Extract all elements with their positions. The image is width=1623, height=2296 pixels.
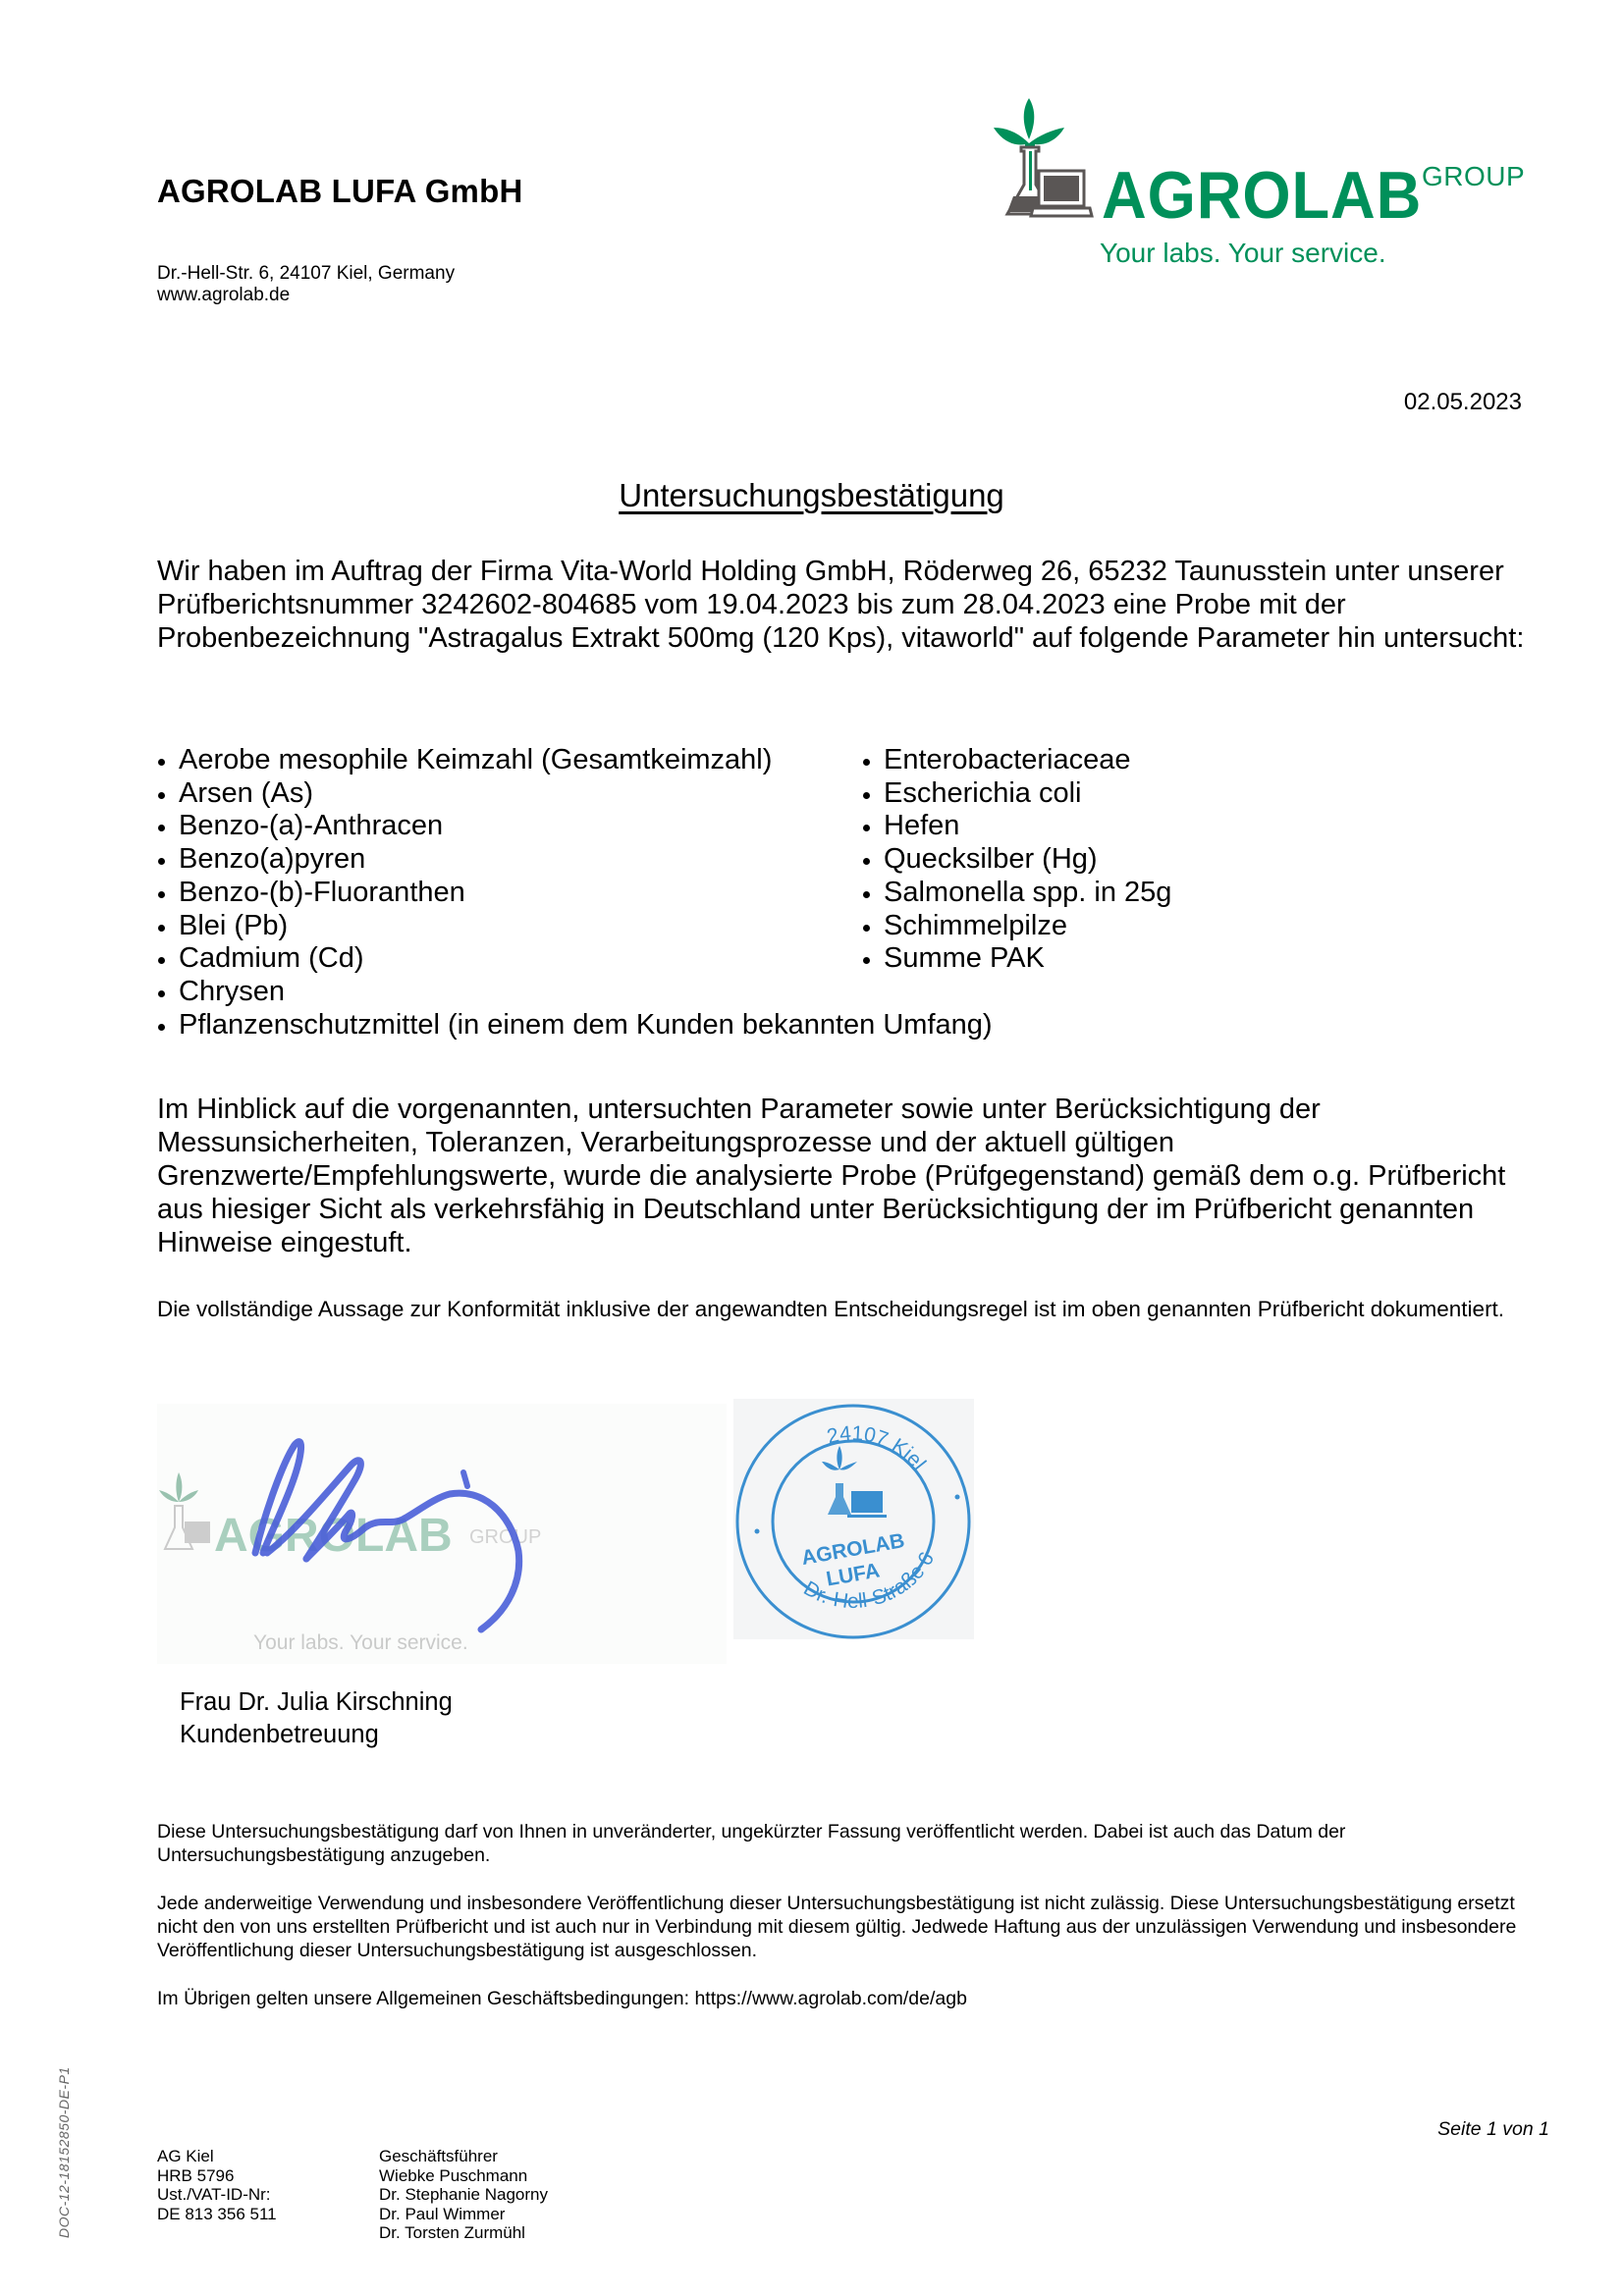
parameter-item: Salmonella spp. in 25g xyxy=(862,877,1171,910)
bullet-icon xyxy=(158,925,165,932)
plant-flask-laptop-icon xyxy=(992,86,1102,224)
signer-block: Frau Dr. Julia Kirschning Kundenbetreuun… xyxy=(180,1686,453,1751)
document-date: 02.05.2023 xyxy=(1404,389,1522,416)
company-name: AGROLAB LUFA GmbH xyxy=(157,173,523,210)
parameter-item: Hefen xyxy=(862,810,1171,843)
parameter-item: Benzo-(a)-Anthracen xyxy=(157,810,772,843)
bullet-icon xyxy=(158,990,165,997)
parameter-item: Chrysen xyxy=(157,976,772,1009)
conformity-note: Die vollständige Aussage zur Konformität… xyxy=(157,1296,1551,1323)
bullet-icon xyxy=(158,825,165,831)
document-title: Untersuchungsbestätigung xyxy=(0,477,1623,514)
document-title-text: Untersuchungsbestätigung xyxy=(619,477,1004,513)
footer-line: Geschäftsführer xyxy=(379,2147,548,2166)
parameter-item: Schimmelpilze xyxy=(862,910,1171,943)
parameter-item: Arsen (As) xyxy=(157,777,772,811)
logo-group-label: GROUP xyxy=(1422,161,1525,192)
intro-paragraph: Wir haben im Auftrag der Firma Vita-Worl… xyxy=(157,555,1532,655)
signer-name: Frau Dr. Julia Kirschning xyxy=(180,1686,453,1719)
parameter-item: Aerobe mesophile Keimzahl (Gesamtkeimzah… xyxy=(157,744,772,777)
bullet-icon xyxy=(863,825,870,831)
footer-line: Dr. Paul Wimmer xyxy=(379,2205,548,2224)
document-code: DOC-12-18152850-DE-P1 xyxy=(56,2066,72,2238)
parameter-item: Quecksilber (Hg) xyxy=(862,843,1171,877)
conclusion-paragraph: Im Hinblick auf die vorgenannten, unters… xyxy=(157,1093,1551,1259)
company-stamp: 24107 Kiel Dr.-Hell-Straße 6 AGROLAB LUF… xyxy=(733,1399,974,1639)
agrolab-group-logo: AGROLAB GROUP Your labs. Your service. xyxy=(992,86,1571,273)
bullet-icon xyxy=(158,957,165,964)
parameter-column-left: Aerobe mesophile Keimzahl (Gesamtkeimzah… xyxy=(157,744,772,1009)
footer-line: Wiebke Puschmann xyxy=(379,2166,548,2186)
parameter-item: Enterobacteriaceae xyxy=(862,744,1171,777)
footer-line: Dr. Torsten Zurmühl xyxy=(379,2223,548,2243)
svg-text:GROUP: GROUP xyxy=(469,1526,541,1548)
page-number: Seite 1 von 1 xyxy=(1437,2118,1549,2141)
signer-role: Kundenbetreuung xyxy=(180,1719,453,1751)
disclaimer: Diese Untersuchungsbestätigung darf von … xyxy=(157,1820,1551,2035)
bullet-icon xyxy=(158,792,165,799)
bullet-icon xyxy=(863,925,870,932)
bullet-icon xyxy=(158,891,165,898)
bullet-icon xyxy=(863,792,870,799)
signature-watermark-logo: AGROLAB GROUP Your labs. Your service. xyxy=(157,1404,727,1664)
logo-tagline: Your labs. Your service. xyxy=(1100,238,1386,269)
company-address: Dr.-Hell-Str. 6, 24107 Kiel, Germany www… xyxy=(157,263,455,306)
parameter-column-right: Enterobacteriaceae Escherichia coli Hefe… xyxy=(862,744,1171,976)
disclaimer-terms: Im Übrigen gelten unsere Allgemeinen Ges… xyxy=(157,1987,1551,2010)
stamp-graphic: 24107 Kiel Dr.-Hell-Straße 6 AGROLAB LUF… xyxy=(733,1399,974,1639)
bullet-icon xyxy=(863,957,870,964)
parameter-item: Escherichia coli xyxy=(862,777,1171,811)
bullet-icon xyxy=(863,759,870,766)
parameter-item: Summe PAK xyxy=(862,942,1171,976)
disclaimer-usage: Jede anderweitige Verwendung und insbeso… xyxy=(157,1892,1551,1962)
footer-management: Geschäftsführer Wiebke Puschmann Dr. Ste… xyxy=(379,2147,548,2243)
parameter-item: Blei (Pb) xyxy=(157,910,772,943)
parameter-item: Cadmium (Cd) xyxy=(157,942,772,976)
bullet-icon xyxy=(158,858,165,865)
bullet-icon xyxy=(158,759,165,766)
address-line: Dr.-Hell-Str. 6, 24107 Kiel, Germany xyxy=(157,263,455,285)
parameter-item: Benzo(a)pyren xyxy=(157,843,772,877)
logo-wordmark: AGROLAB xyxy=(1102,157,1422,234)
bullet-icon xyxy=(863,858,870,865)
parameter-item: Benzo-(b)-Fluoranthen xyxy=(157,877,772,910)
parameter-item-full-width: Pflanzenschutzmittel (in einem dem Kunde… xyxy=(157,1009,993,1042)
website: www.agrolab.de xyxy=(157,285,455,306)
footer-line: Ust./VAT-ID-Nr: xyxy=(157,2185,277,2205)
disclaimer-publication: Diese Untersuchungsbestätigung darf von … xyxy=(157,1820,1551,1867)
footer-line: AG Kiel xyxy=(157,2147,277,2166)
footer-line: Dr. Stephanie Nagorny xyxy=(379,2185,548,2205)
svg-text:Your labs. Your service.: Your labs. Your service. xyxy=(253,1631,468,1654)
footer-registration: AG Kiel HRB 5796 Ust./VAT-ID-Nr: DE 813 … xyxy=(157,2147,277,2223)
signature-image: AGROLAB GROUP Your labs. Your service. xyxy=(157,1404,727,1664)
bullet-icon xyxy=(863,891,870,898)
footer-line: HRB 5796 xyxy=(157,2166,277,2186)
bullet-icon xyxy=(158,1024,165,1031)
footer-line: DE 813 356 511 xyxy=(157,2205,277,2224)
